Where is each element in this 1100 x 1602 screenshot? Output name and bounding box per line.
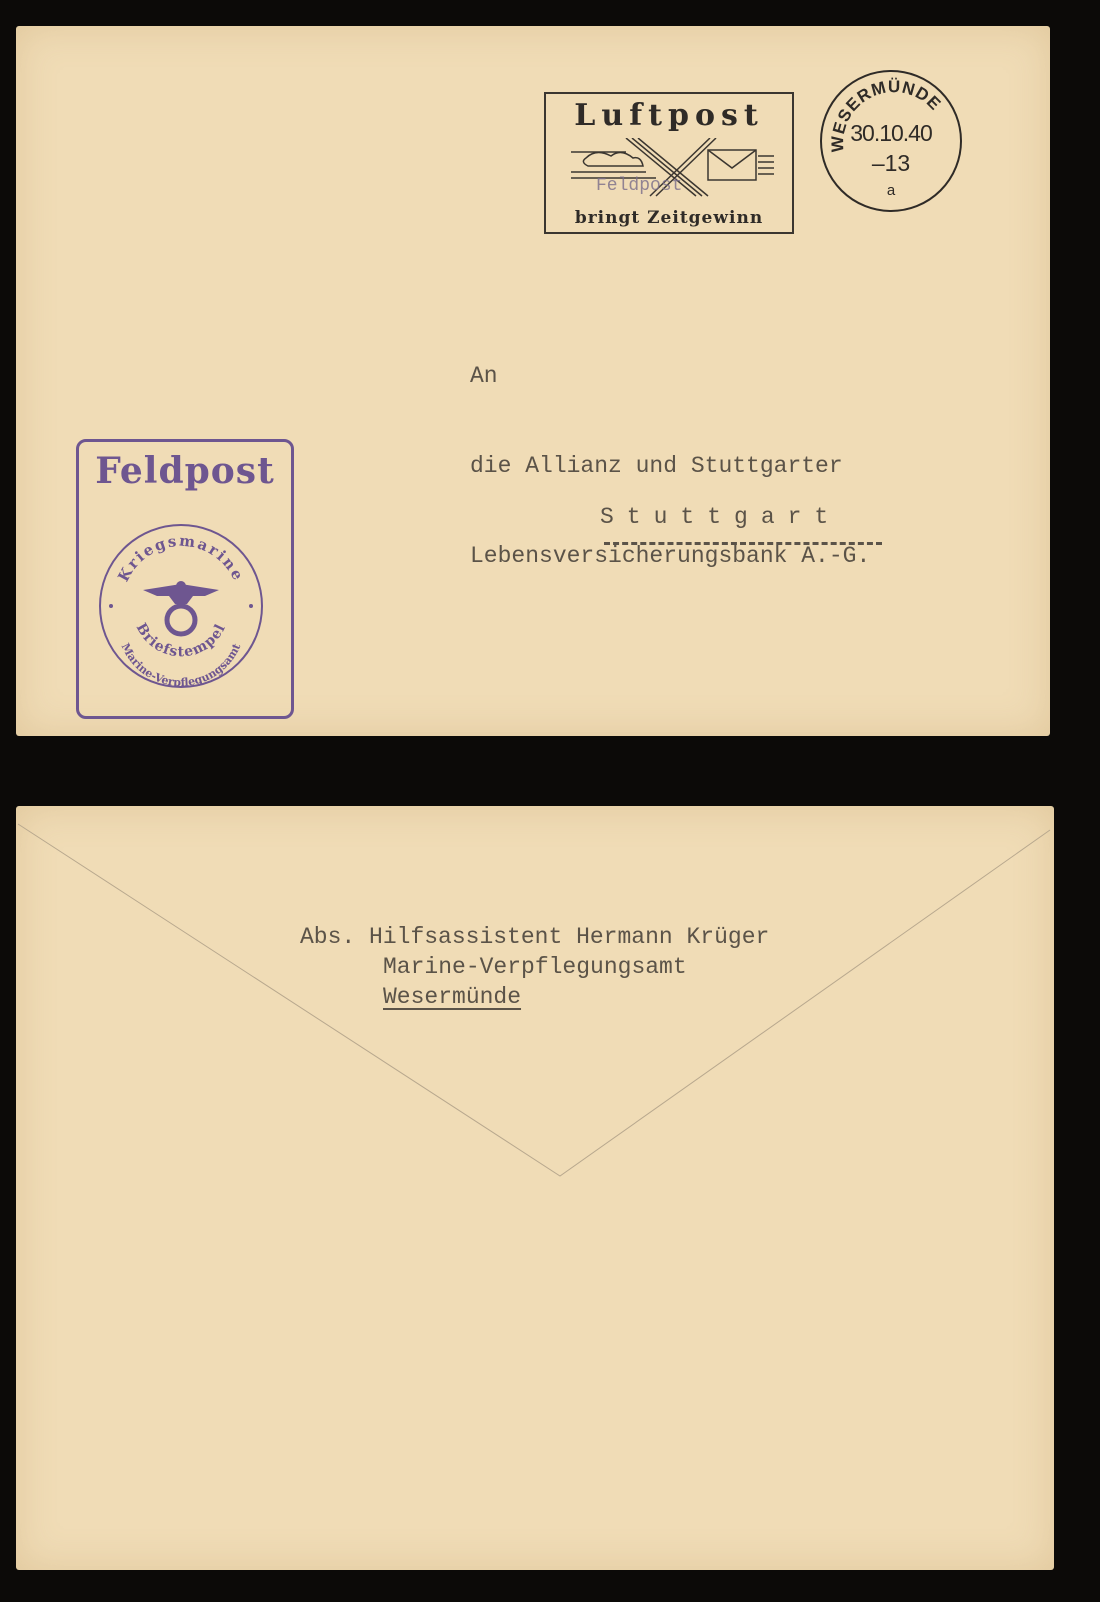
postmark-letter: a: [822, 182, 960, 199]
envelope-back: Abs. Hilfsassistent Hermann Krüger Marin…: [16, 806, 1054, 1570]
sender-city: Wesermünde: [383, 984, 521, 1010]
unit-seal: Kriegsmarine Briefstempel Marine-Verpfle…: [99, 524, 263, 688]
recipient-line-1: An: [470, 361, 870, 391]
seal-emblem-icon: Kriegsmarine Briefstempel Marine-Verpfle…: [101, 526, 261, 686]
feldpost-title: Feldpost: [79, 450, 291, 492]
slogan-bottom-text: bringt Zeitgewinn: [546, 208, 792, 228]
postmark-date: 30.10.40: [822, 120, 960, 147]
airplane-envelope-icon: Feldpost: [566, 138, 776, 198]
feldpost-stamp: Feldpost Kriegsmarine Briefstempel Marin…: [76, 439, 294, 719]
sender-prefix: Abs.: [300, 924, 355, 950]
sender-address: Abs. Hilfsassistent Hermann Krüger Marin…: [300, 922, 769, 1012]
svg-text:Kriegsmarine: Kriegsmarine: [114, 531, 248, 584]
slogan-top-text: Luftpost: [546, 98, 792, 133]
recipient-address: An die Allianz und Stuttgarter Lebensver…: [470, 301, 870, 631]
circular-postmark: WESERMÜNDE 30.10.40 –13 a: [820, 70, 962, 212]
envelope-front: Luftpost Feldpost bringt Zeitgewinn WESE…: [16, 26, 1050, 736]
envelope-flap-lines: [16, 806, 1054, 1570]
recipient-city-underline: [604, 542, 882, 545]
recipient-city: Stuttgart: [600, 504, 841, 530]
svg-text:Feldpost: Feldpost: [596, 176, 682, 196]
svg-text:Briefstempel: Briefstempel: [133, 621, 230, 661]
sender-office: Marine-Verpflegungsamt: [383, 954, 687, 980]
recipient-line-2: die Allianz und Stuttgarter: [470, 451, 870, 481]
sender-name: Hilfsassistent Hermann Krüger: [369, 924, 769, 950]
recipient-line-3: Lebensversicherungsbank A.-G.: [470, 541, 870, 571]
luftpost-slogan-cancel: Luftpost Feldpost bringt Zeitgewinn: [544, 92, 794, 234]
postmark-time: –13: [822, 150, 960, 177]
